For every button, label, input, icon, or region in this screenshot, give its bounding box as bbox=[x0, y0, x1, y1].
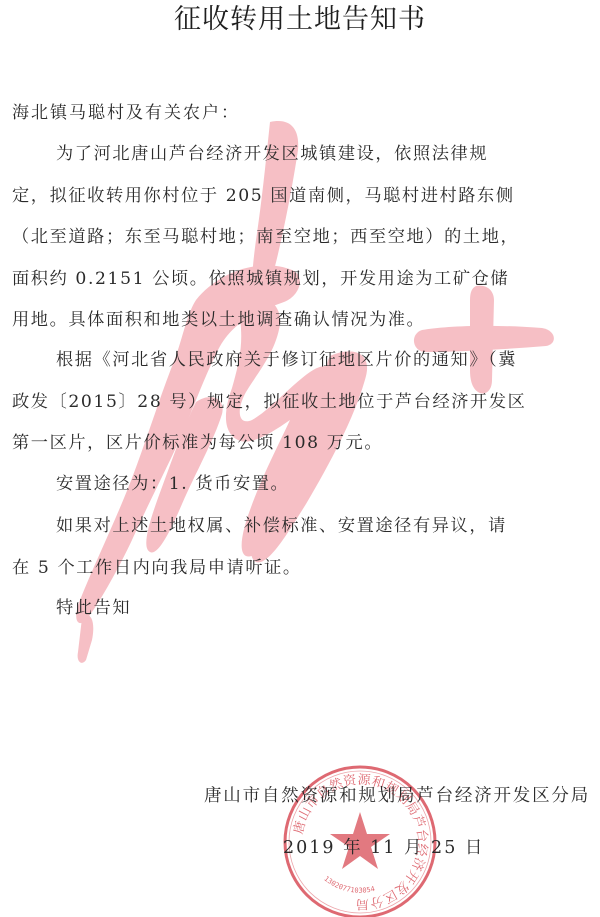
paragraph-line: 在 5 个工作日内向我局申请听证。 bbox=[12, 548, 592, 590]
paragraph-closing: 特此告知 bbox=[12, 588, 592, 630]
paragraph-line: 用地。具体面积和地类以土地调查确认情况为准。 bbox=[12, 300, 592, 342]
paragraph-line: 安置途径为：1. 货币安置。 bbox=[12, 464, 592, 506]
issuer-signature: 唐山市自然资源和规划局芦台经济开发区分局 bbox=[204, 784, 590, 808]
paragraph-line: 政发〔2015〕28 号）规定，拟征收土地位于芦台经济开发区 bbox=[12, 382, 592, 424]
paragraph-land-acquisition: 为了河北唐山芦台经济开发区城镇建设，依照法律规 定，拟征收转用你村位于 205 … bbox=[12, 134, 592, 342]
paragraph-line: 为了河北唐山芦台经济开发区城镇建设，依照法律规 bbox=[12, 134, 592, 176]
paragraph-compensation-basis: 根据《河北省人民政府关于修订征地区片价的通知》（冀 政发〔2015〕28 号）规… bbox=[12, 340, 592, 465]
salutation: 海北镇马聪村及有关农户： bbox=[12, 101, 240, 125]
document-title: 征收转用土地告知书 bbox=[0, 2, 600, 38]
paragraph-line: 定，拟征收转用你村位于 205 国道南侧，马聪村进村路东侧 bbox=[12, 176, 592, 218]
issue-date: 2019 年 11 月 25 日 bbox=[283, 836, 484, 860]
paragraph-line: （北至道路；东至马聪村地；南至空地；西至空地）的土地， bbox=[12, 217, 592, 259]
paragraph-line: 如果对上述土地权属、补偿标准、安置途径有异议，请 bbox=[12, 506, 592, 548]
paragraph-line: 第一区片，区片价标准为每公顷 108 万元。 bbox=[12, 423, 592, 465]
paragraph-line: 特此告知 bbox=[12, 588, 592, 630]
svg-text:1302077103054: 1302077103054 bbox=[322, 875, 375, 895]
paragraph-hearing: 如果对上述土地权属、补偿标准、安置途径有异议，请 在 5 个工作日内向我局申请听… bbox=[12, 506, 592, 589]
paragraph-line: 面积约 0.2151 公顷。依照城镇规划，开发用途为工矿仓储 bbox=[12, 259, 592, 301]
paragraph-line: 根据《河北省人民政府关于修订征地区片价的通知》（冀 bbox=[12, 340, 592, 382]
paragraph-resettlement: 安置途径为：1. 货币安置。 bbox=[12, 464, 592, 506]
